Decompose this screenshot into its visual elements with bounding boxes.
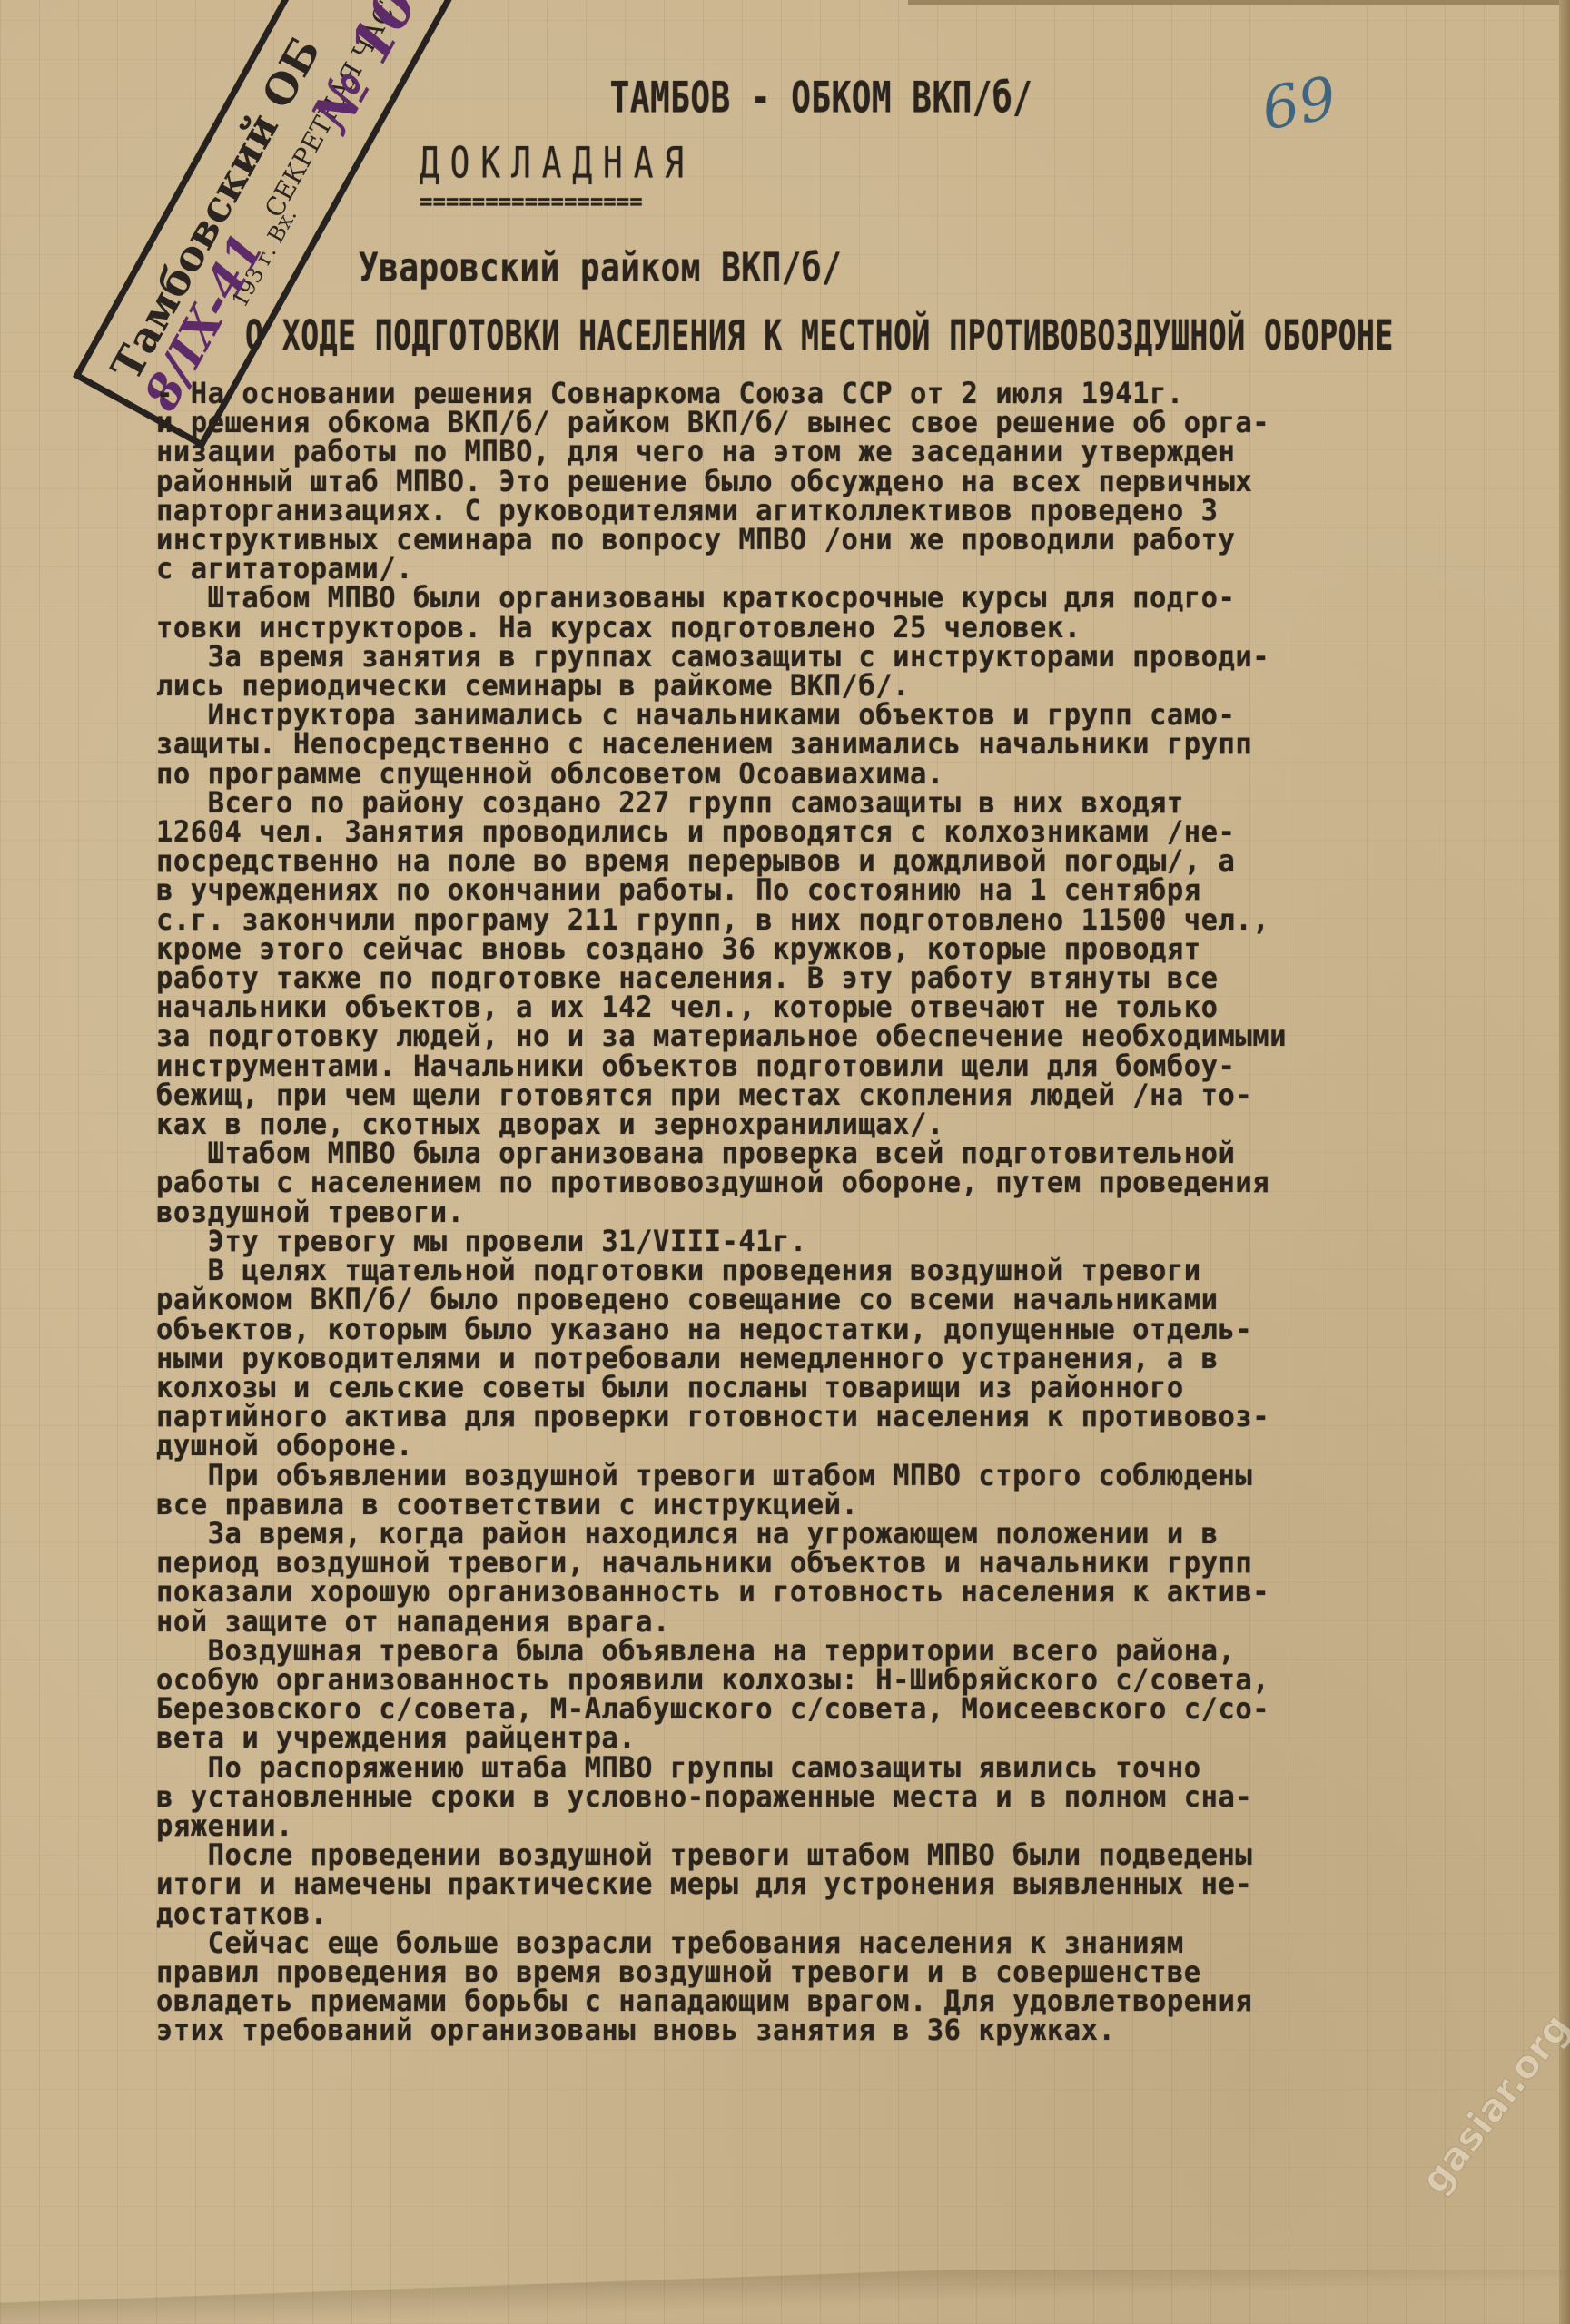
- body-line: За время занятия в группах самозащиты с …: [156, 643, 1518, 674]
- body-line: особую организованность проявили колхозы…: [156, 1666, 1518, 1697]
- paper-edge-top: [908, 0, 1570, 5]
- body-line: за подготовку людей, но и за материально…: [156, 1022, 1518, 1053]
- body-line: - На основании решения Совнаркома Союза …: [156, 379, 1518, 410]
- body-line: лись периодически семинары в райкоме ВКП…: [156, 672, 1518, 703]
- body-line: ными руководителями и потребовали немедл…: [156, 1344, 1518, 1375]
- body-line: с.г. закончили програму 211 групп, в них…: [156, 906, 1518, 937]
- body-line: инструктивных семинара по вопросу МПВО /…: [156, 526, 1518, 556]
- body-line: В целях тщательной подготовки проведения…: [156, 1256, 1518, 1287]
- body-line: итоги и намечены практические меры для у…: [156, 1870, 1518, 1901]
- paper-fold-shadow: [0, 2270, 1570, 2324]
- body-line: ках в поле, скотных дворах и зернохранил…: [156, 1110, 1518, 1141]
- body-line: объектов, которым было указано на недост…: [156, 1315, 1518, 1346]
- body-line: все правила в соответствии с инструкцией…: [156, 1491, 1518, 1521]
- paper-edge-right: [1559, 0, 1570, 2324]
- body-line: Воздушная тревога была объявлена на терр…: [156, 1637, 1518, 1668]
- body-line: правил проведения во время воздушной тре…: [156, 1958, 1518, 1989]
- body-line: После проведении воздушной тревоги штабо…: [156, 1841, 1518, 1872]
- document-body: - На основании решения Совнаркома Союза …: [156, 379, 1518, 2046]
- title-underline: =================: [420, 189, 643, 214]
- body-line: ной защите от нападения врага.: [156, 1608, 1518, 1639]
- body-line: товки инструкторов. На курсах подготовле…: [156, 614, 1518, 645]
- body-line: колхозы и сельские советы были посланы т…: [156, 1374, 1518, 1404]
- body-line: душной обороне.: [156, 1432, 1518, 1462]
- body-line: Сейчас еще больше возрасли требования на…: [156, 1929, 1518, 1960]
- body-line: кроме этого сейчас вновь создано 36 круж…: [156, 935, 1518, 966]
- body-line: За время, когда район находился на угрож…: [156, 1520, 1518, 1551]
- body-line: по программе спущенной облсоветом Осоави…: [156, 760, 1518, 791]
- body-line: показали хорошую организованность и гото…: [156, 1578, 1518, 1609]
- body-line: инструментами. Начальники объектов подго…: [156, 1052, 1518, 1083]
- body-line: работу также по подготовке населения. В …: [156, 964, 1518, 995]
- body-line: При объявлении воздушной тревоги штабом …: [156, 1462, 1518, 1492]
- document-page: 69 ТАМБОВ - ОБКОМ ВКП/б/ ДОКЛАДНАЯ =====…: [0, 0, 1570, 2324]
- body-line: низации работы по МПВО, для чего на этом…: [156, 438, 1518, 468]
- body-line: в установленные сроки в условно-пораженн…: [156, 1783, 1518, 1814]
- body-line: 12604 чел. Занятия проводились и проводя…: [156, 818, 1518, 849]
- body-line: Березовского с/совета, М-Алабушского с/с…: [156, 1695, 1518, 1726]
- body-line: Всего по району создано 227 групп самоза…: [156, 789, 1518, 820]
- body-line: период воздушной тревоги, начальники объ…: [156, 1549, 1518, 1580]
- body-line: По распоряжению штаба МПВО группы самоза…: [156, 1754, 1518, 1785]
- document-title: ДОКЛАДНАЯ: [420, 140, 695, 188]
- document-sender: Уваровский райком ВКП/б/: [359, 246, 842, 290]
- body-line: ряжении.: [156, 1812, 1518, 1843]
- body-line: защиты. Непосредственно с населением зан…: [156, 730, 1518, 761]
- document-subject: О ХОДЕ ПОДГОТОВКИ НАСЕЛЕНИЯ К МЕСТНОЙ ПР…: [245, 313, 1394, 359]
- body-line: районный штаб МПВО. Это решение было обс…: [156, 468, 1518, 498]
- body-line: Эту тревогу мы провели 31/VIII-41г.: [156, 1227, 1518, 1258]
- body-line: райкомом ВКП/б/ было проведено совещание…: [156, 1285, 1518, 1316]
- body-line: партийного актива для проверки готовност…: [156, 1403, 1518, 1433]
- body-line: бежищ, при чем щели готовятся при местах…: [156, 1081, 1518, 1112]
- body-line: вета и учреждения райцентра.: [156, 1724, 1518, 1755]
- body-line: Штабом МПВО были организованы краткосроч…: [156, 584, 1518, 615]
- body-line: воздушной тревоги.: [156, 1198, 1518, 1229]
- body-line: этих требований организованы вновь занят…: [156, 2016, 1518, 2047]
- body-line: в учреждениях по окончании работы. По со…: [156, 876, 1518, 907]
- body-line: парторганизациях. С руководителями агитк…: [156, 497, 1518, 527]
- body-line: достатков.: [156, 1900, 1518, 1931]
- body-line: работы с населением по противовоздушной …: [156, 1168, 1518, 1199]
